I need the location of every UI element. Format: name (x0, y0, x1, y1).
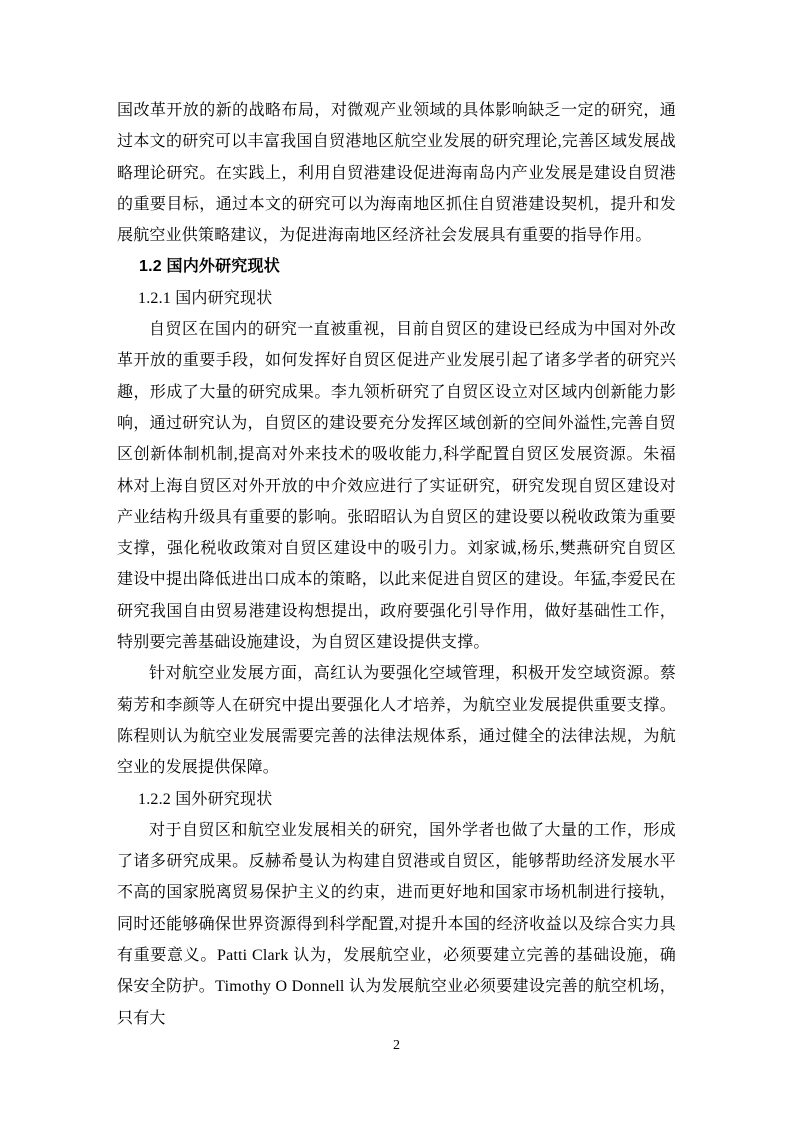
section-heading-1-2: 1.2 国内外研究现状 (117, 251, 676, 282)
paragraph-continuation: 国改革开放的新的战略布局，对微观产业领域的具体影响缺乏一定的研究，通过本文的研究… (117, 95, 676, 251)
paragraph-foreign-research-1: 对于自贸区和航空业发展相关的研究，国外学者也做了大量的工作，形成了诸多研究成果。… (117, 815, 676, 1034)
paragraph-domestic-research-1: 自贸区在国内的研究一直被重视，目前自贸区的建设已经成为中国对外改革开放的重要手段… (117, 314, 676, 658)
subsection-heading-1-2-2: 1.2.2 国外研究现状 (117, 784, 676, 815)
document-page: 国改革开放的新的战略布局，对微观产业领域的具体影响缺乏一定的研究，通过本文的研究… (0, 0, 793, 1122)
paragraph-domestic-research-2: 针对航空业发展方面，高红认为要强化空域管理，积极开发空域资源。蔡菊芳和李颜等人在… (117, 658, 676, 783)
subsection-heading-1-2-1: 1.2.1 国内研究现状 (117, 283, 676, 314)
page-body: 国改革开放的新的战略布局，对微观产业领域的具体影响缺乏一定的研究，通过本文的研究… (117, 95, 676, 1034)
page-number: 2 (0, 1036, 793, 1056)
